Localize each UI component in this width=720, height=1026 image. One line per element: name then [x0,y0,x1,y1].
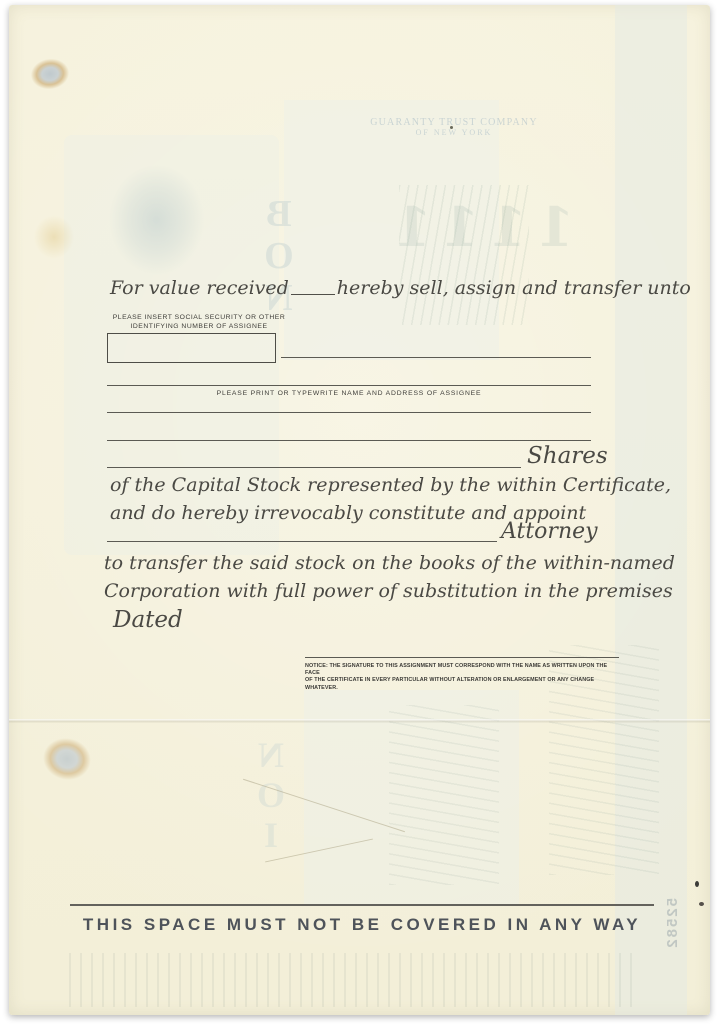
shares-blank-line [107,467,521,468]
stain-top-left [24,52,77,96]
notice-line2: OF THE CERTIFICATE IN EVERY PARTICULAR W… [305,677,623,691]
shares-label: Shares [527,443,608,469]
transfer-line2: Corporation with full power of substitut… [104,577,675,605]
assignee-name-line [281,357,591,358]
ghost-panel-center [284,100,499,360]
ghost-company-line2: OF NEW YORK [329,128,579,137]
assignee-caption: PLEASE PRINT OR TYPEWRITE NAME AND ADDRE… [107,389,591,398]
crinkle-line-1 [243,779,405,832]
capital-stock-line1: of the Capital Stock represented by the … [110,471,671,499]
ghost-emblem [109,165,204,275]
paper-speck-1 [450,126,453,129]
value-received-row: For value received hereby sell, assign a… [110,277,590,299]
paper-speck-2 [695,881,699,887]
footer-rule [70,904,654,906]
dated-label: Dated [113,607,183,633]
attorney-label: Attorney [501,519,598,544]
ghost-engraving-texture-lower [389,705,499,885]
ghost-serial-number: 52582 [664,898,681,983]
ghost-big-letters-top: BON [259,193,299,319]
signature-line [305,657,619,658]
stain-left-upper [27,208,81,266]
address-line-1 [107,385,591,386]
ghost-company-line1: GUARANTY TRUST COMPANY [329,117,579,128]
notice-line1: NOTICE: THE SIGNATURE TO THIS ASSIGNMENT… [305,663,623,677]
value-received-text: For value received [110,277,289,299]
crinkle-line-2 [265,839,373,863]
ssn-entry-box [107,333,276,363]
ghost-company-name: GUARANTY TRUST COMPANY OF NEW YORK [329,117,579,137]
attorney-blank-line [107,541,497,542]
fold-crease [9,719,710,723]
ssn-caption-line2: IDENTIFYING NUMBER OF ASSIGNEE [110,322,288,331]
ghost-numerals: 1111 [384,195,574,259]
ssn-caption: PLEASE INSERT SOCIAL SECURITY OR OTHER I… [110,313,288,331]
footer-banner: THIS SPACE MUST NOT BE COVERED IN ANY WA… [70,915,654,935]
transfer-line1: to transfer the said stock on the books … [104,549,675,577]
address-line-2 [107,412,591,413]
ghost-engraving-texture-top [399,185,529,325]
stain-left-lower [32,727,102,790]
ghost-text-rows-bottom [69,953,639,1007]
assignor-blank-line [291,293,335,295]
address-line-3 [107,440,591,441]
paper-speck-3 [699,902,704,906]
transfer-paragraph: to transfer the said stock on the books … [104,549,675,605]
signature-notice: NOTICE: THE SIGNATURE TO THIS ASSIGNMENT… [305,663,623,692]
certificate-back-paper: GUARANTY TRUST COMPANY OF NEW YORK 1111 … [9,5,710,1015]
ssn-caption-line1: PLEASE INSERT SOCIAL SECURITY OR OTHER [110,313,288,322]
ghost-big-letters-bottom: NOI [252,735,290,855]
transfer-clause-text: hereby sell, assign and transfer unto [337,277,691,299]
